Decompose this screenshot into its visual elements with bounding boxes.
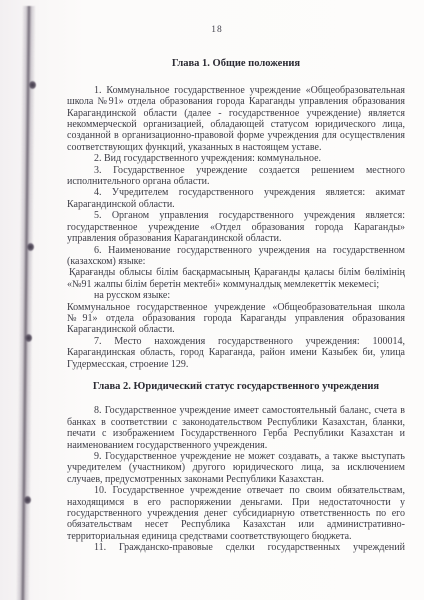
paragraph-11: 11. Гражданско-правовые сделки государст… [67,542,405,553]
page-number: 18 [48,25,386,36]
paragraph-6-kazakh-name: Қарағанды облысы білім басқармасының Қар… [67,267,405,290]
page-content: 18 Глава 1. Общие положения 1. Коммуналь… [67,0,405,554]
scanned-document-page: 18 Глава 1. Общие положения 1. Коммуналь… [0,0,424,600]
chapter-2-title: Глава 2. Юридический статус государствен… [67,381,405,392]
paragraph-1: 1. Коммунальное государственное учрежден… [67,85,405,153]
paragraph-6-russian-name: Коммунальное государственное учреждение … [67,302,405,336]
paragraph-5: 5. Органом управления государственного у… [67,210,405,244]
paragraph-2: 2. Вид государственного учреждения: комм… [67,153,405,164]
scan-spine-shadow [16,6,36,600]
paragraph-10: 10. Государственное учреждение отвечает … [67,485,405,542]
paragraph-6-russian-label: на русском языке: [67,290,405,301]
paragraph-9: 9. Государственное учреждение не может с… [67,451,405,485]
paragraph-8: 8. Государственное учреждение имеет само… [67,405,405,451]
binding-hole [27,243,34,251]
paragraph-4: 4. Учредителем государственного учрежден… [67,187,405,210]
paragraph-3: 3. Государственное учреждение создается … [67,165,405,188]
binding-hole [25,334,32,342]
chapter-1-title: Глава 1. Общие положения [67,58,405,69]
paragraph-6: 6. Наименование государственного учрежде… [67,245,405,268]
binding-hole [29,81,36,89]
binding-hole [24,496,31,504]
paragraph-7: 7. Место нахождения государственного учр… [67,336,405,370]
